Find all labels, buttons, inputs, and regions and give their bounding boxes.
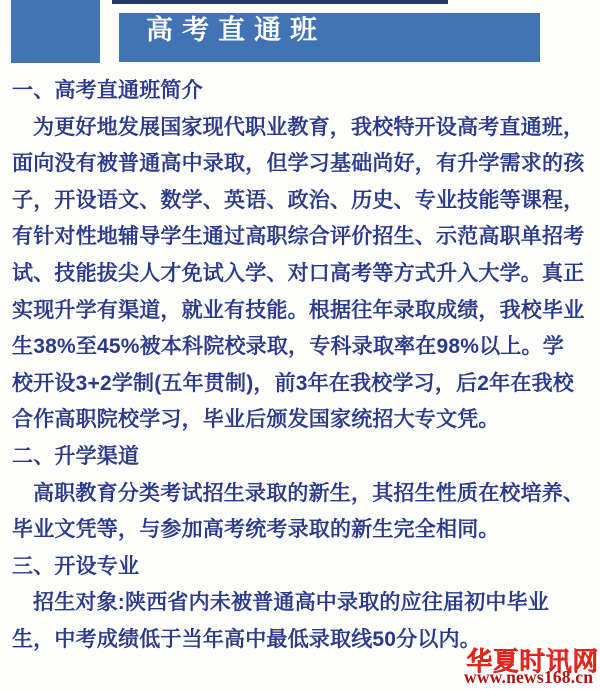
text-line: 有针对性地辅导学生通过高职综合评价招生、示范高职单招考 [12,219,596,256]
text-line: 生38%至45%被本科院校录取，专科录取率在98%以上。学 [12,329,596,366]
title-banner: 高考直通班 [119,13,540,62]
decorative-blue-square [11,0,100,63]
text-line: 高职教育分类考试招生录取的新生，其招生性质在校培养、 [12,476,596,513]
text-line: 面向没有被普通高中录取，但学习基础尚好，有升学需求的孩 [12,146,596,183]
text-line: 实现升学有渠道，就业有技能。根据往年录取成绩，我校毕业 [12,293,596,330]
document-page: 高考直通班 一、高考直通班简介 为更好地发展国家现代职业教育，我校特开设高考直通… [0,0,600,690]
top-edge-line [112,0,448,4]
text-line: 合作高职院校学习，毕业后颁发国家统招大专文凭。 [12,402,596,439]
page-title: 高考直通班 [146,15,326,45]
section-2-heading: 二、升学渠道 [12,439,596,476]
text-line: 招生对象:陕西省内未被普通高中录取的应往届初中毕业 [12,585,596,622]
section-3-heading: 三、开设专业 [12,549,596,586]
text-line: 校开设3+2学制(五年贯制)，前3年在我校学习，后2年在我校 [12,366,596,403]
section-1-heading: 一、高考直通班简介 [12,73,596,110]
text-line: 试、技能拔尖人才免试入学、对口高考等方式升入大学。真正 [12,256,596,293]
text-line: 为更好地发展国家现代职业教育，我校特开设高考直通班， [12,110,596,147]
document-body: 一、高考直通班简介 为更好地发展国家现代职业教育，我校特开设高考直通班， 面向没… [12,73,596,659]
text-line: 子，开设语文、数学、英语、政治、历史、专业技能等课程， [12,183,596,220]
watermark-url: www.news168.cn [464,667,600,688]
text-line: 毕业文凭等，与参加高考统考录取的新生完全相同。 [12,512,596,549]
